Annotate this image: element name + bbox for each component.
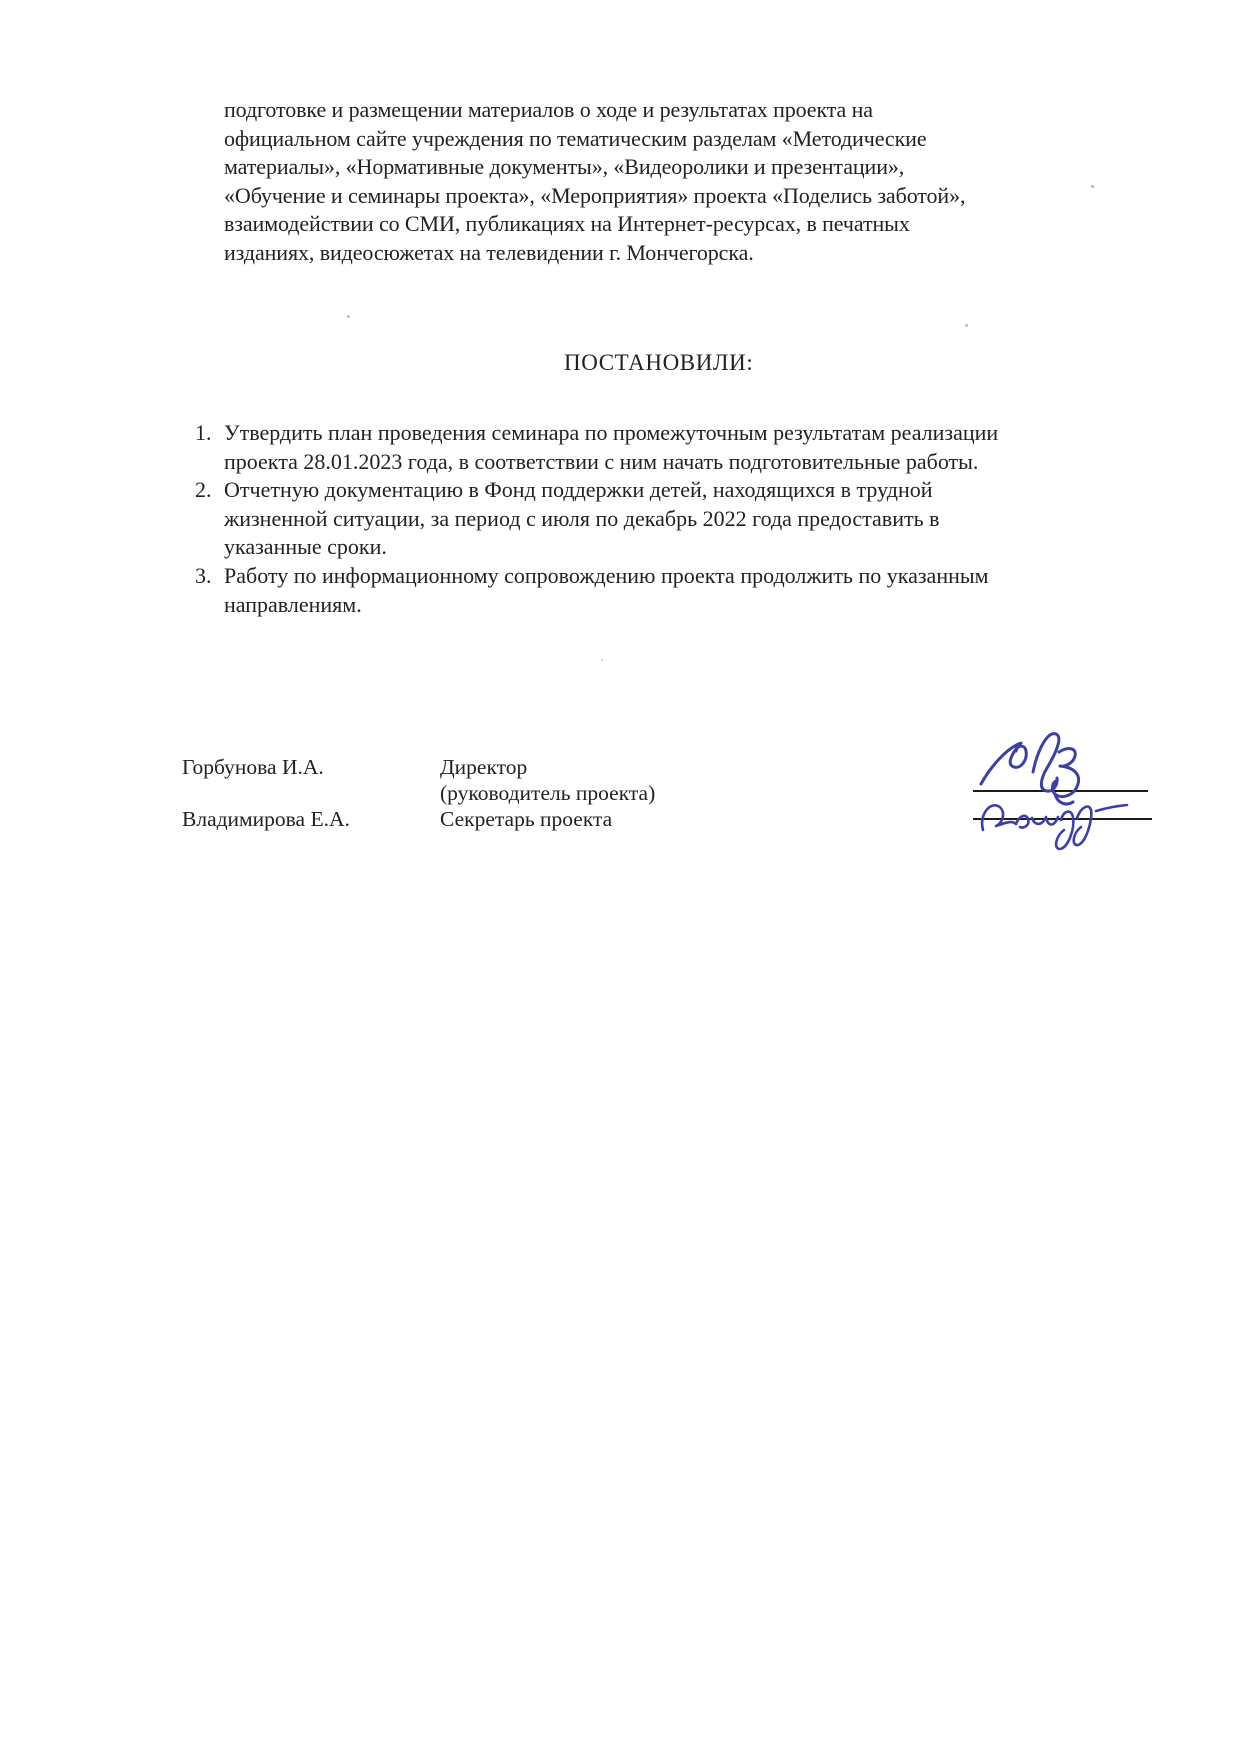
signer-title-secretary: Секретарь проекта	[440, 806, 612, 832]
scan-speck	[1091, 185, 1094, 188]
paragraph-line: материалы», «Нормативные документы», «Ви…	[224, 153, 965, 182]
signer-name-vladimirova: Владимирова Е.А.	[182, 806, 350, 832]
list-item-line: указанные сроки.	[224, 533, 940, 562]
paragraph-line: изданиях, видеосюжетах на телевидении г.…	[224, 239, 965, 268]
list-item-line: жизненной ситуации, за период с июля по …	[224, 505, 940, 534]
list-item-line: направлениям.	[224, 591, 989, 620]
list-item-line: Работу по информационному сопровождению …	[224, 562, 989, 591]
paragraph-line: официальном сайте учреждения по тематиче…	[224, 125, 965, 154]
scan-speck	[965, 324, 968, 327]
scan-speck	[601, 659, 603, 661]
body-paragraph: подготовке и размещении материалов о ход…	[224, 96, 965, 268]
list-item-number: 1.	[195, 419, 224, 476]
list-item-number: 3.	[195, 562, 224, 619]
signer-title-line: Директор	[440, 754, 655, 780]
resolved-heading: ПОСТАНОВИЛИ:	[564, 350, 753, 376]
list-item: 3. Работу по информационному сопровожден…	[195, 562, 998, 619]
resolutions-list: 1. Утвердить план проведения семинара по…	[195, 419, 998, 619]
list-item-number: 2.	[195, 476, 224, 562]
scan-speck	[347, 315, 350, 318]
signer-name-gorbunova: Горбунова И.А.	[182, 754, 324, 780]
paragraph-line: подготовке и размещении материалов о ход…	[224, 96, 965, 125]
director-signature	[981, 734, 1079, 804]
signer-title-line: (руководитель проекта)	[440, 780, 655, 806]
paragraph-line: «Обучение и семинары проекта», «Мероприя…	[224, 182, 965, 211]
signatures-area	[955, 690, 1165, 865]
paragraph-line: взаимодействии со СМИ, публикациях на Ин…	[224, 210, 965, 239]
signer-title-director: Директор (руководитель проекта)	[440, 754, 655, 806]
document-page: подготовке и размещении материалов о ход…	[0, 0, 1240, 1754]
secretary-signature	[982, 805, 1127, 849]
list-item-line: Утвердить план проведения семинара по пр…	[224, 419, 998, 448]
list-item-line: Отчетную документацию в Фонд поддержки д…	[224, 476, 940, 505]
list-item: 2. Отчетную документацию в Фонд поддержк…	[195, 476, 998, 562]
list-item: 1. Утвердить план проведения семинара по…	[195, 419, 998, 476]
list-item-line: проекта 28.01.2023 года, в соответствии …	[224, 448, 998, 477]
